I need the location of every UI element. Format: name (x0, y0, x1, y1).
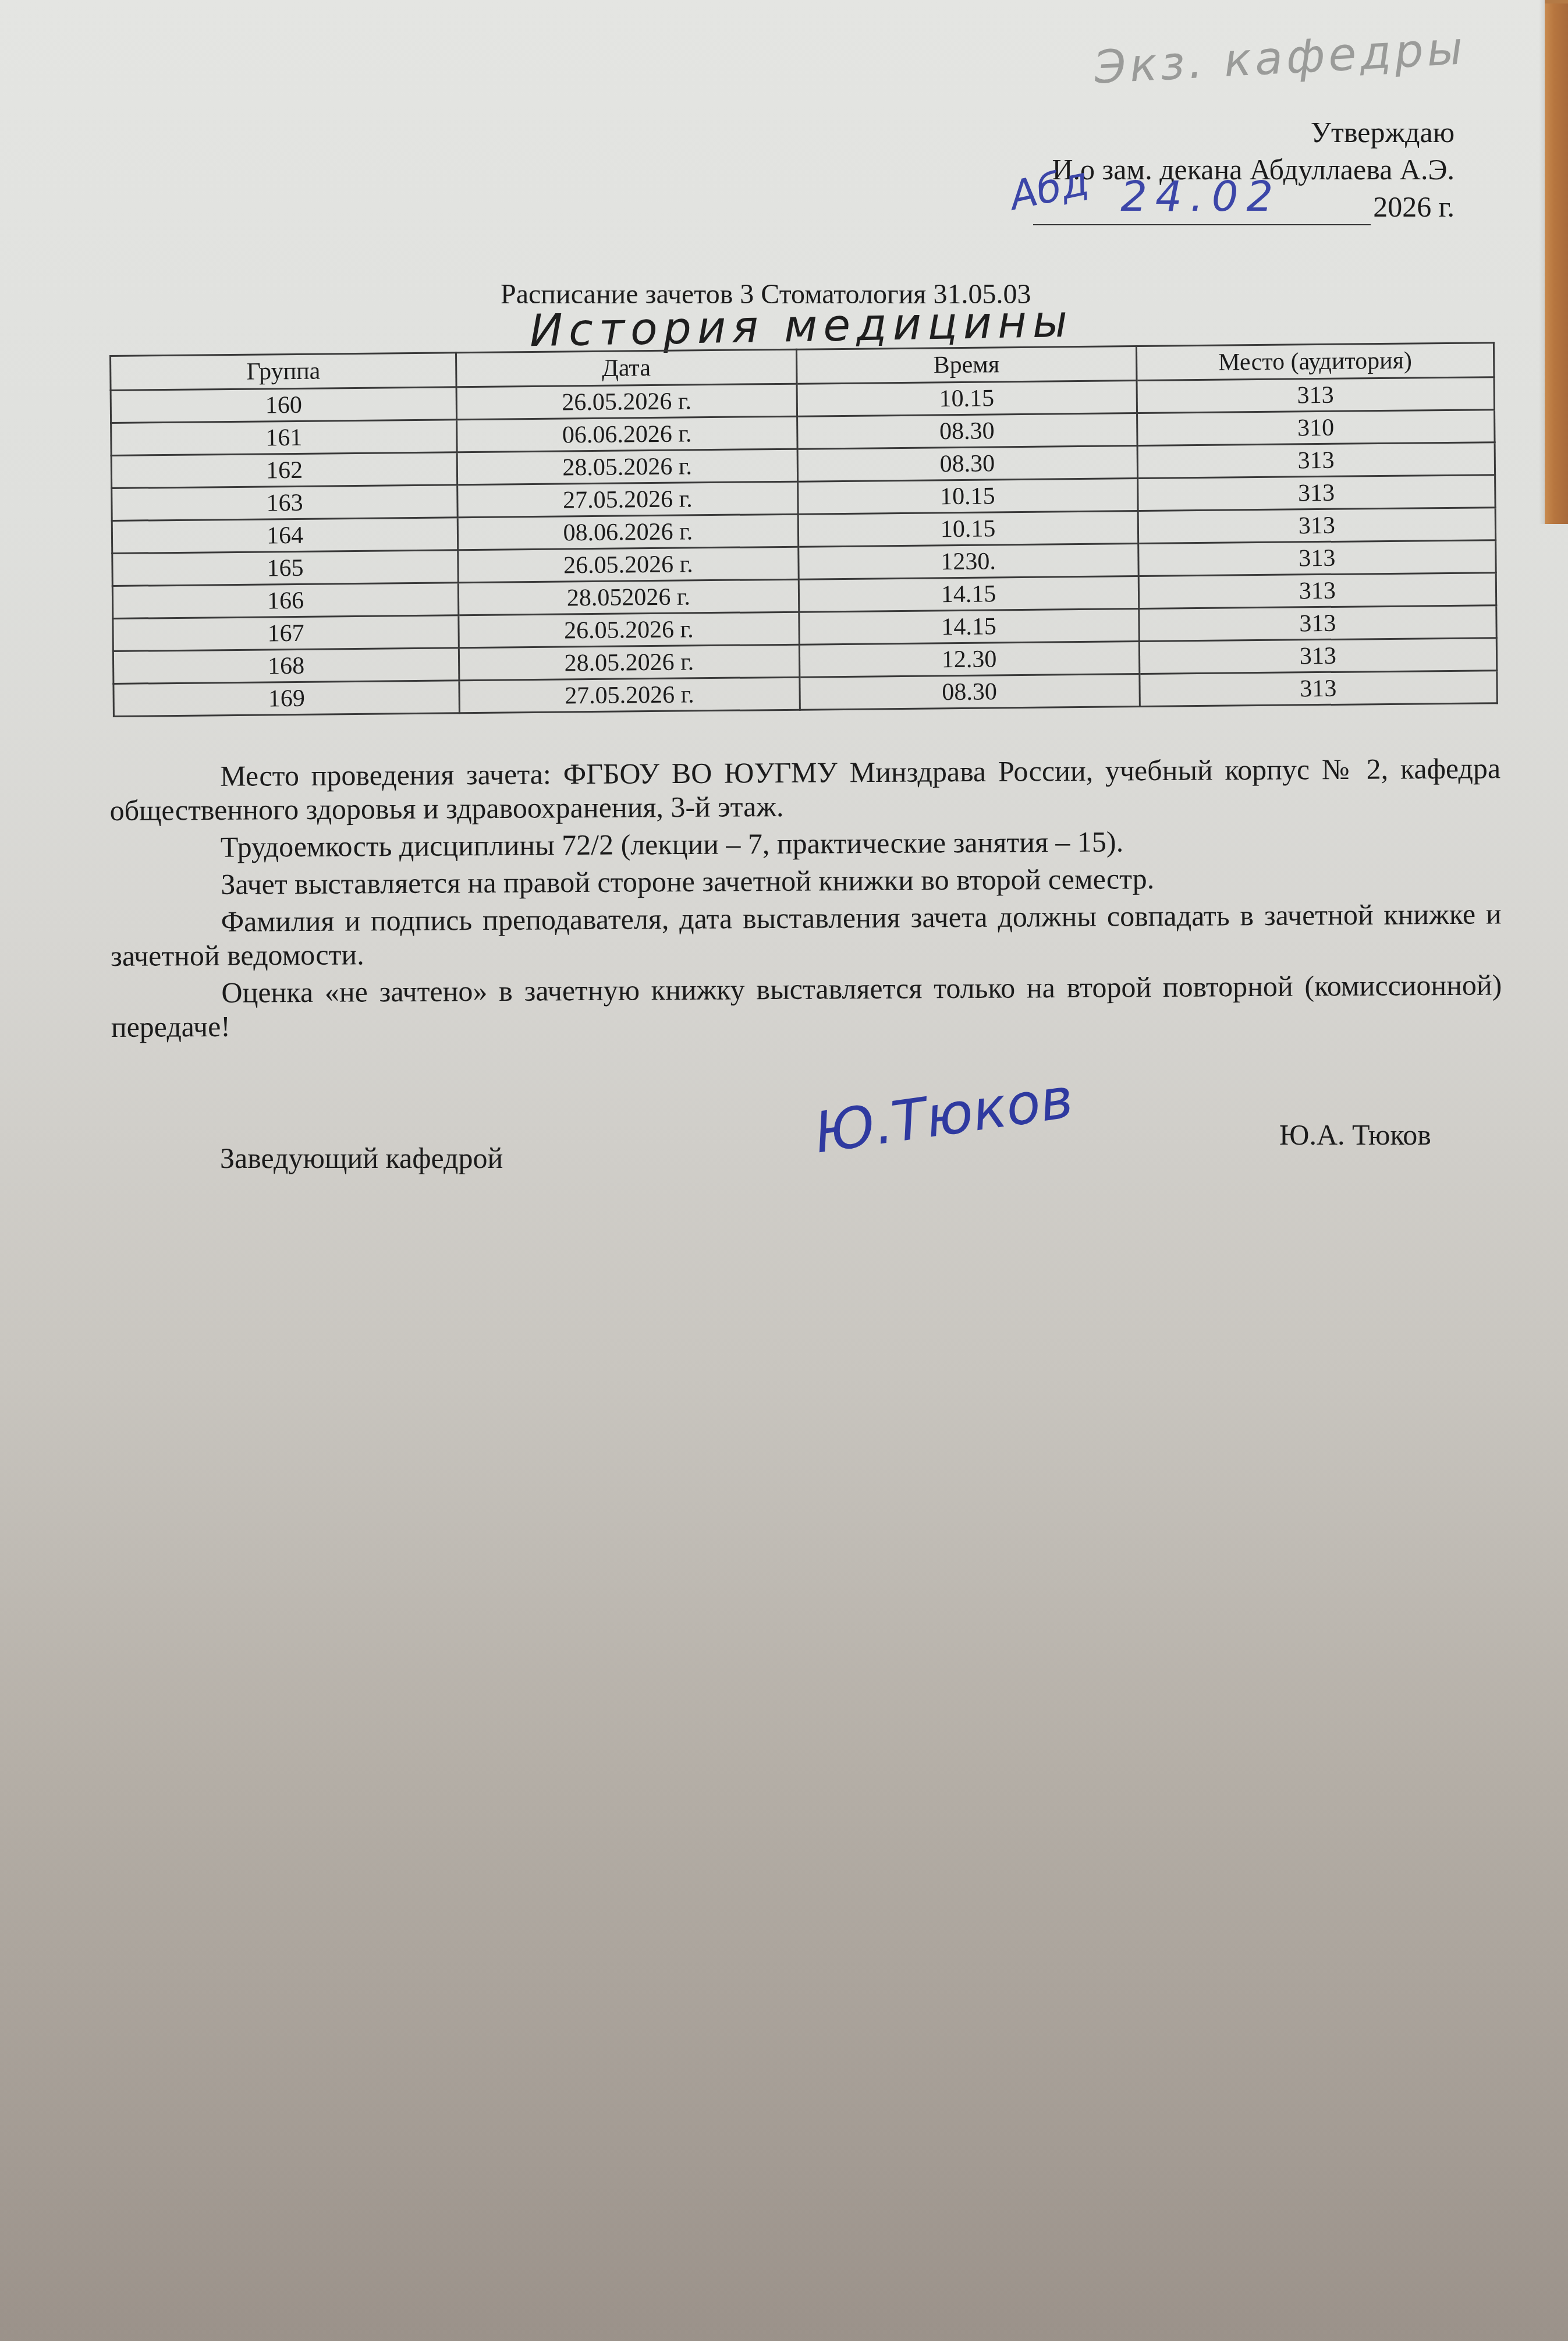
cell-time: 14.15 (799, 609, 1139, 645)
paper-edge-shadow (1539, 0, 1545, 524)
cell-group: 168 (113, 648, 459, 684)
cell-room: 313 (1138, 605, 1496, 642)
cell-date: 28.05.2026 г. (459, 644, 800, 681)
cell-time: 14.15 (799, 576, 1139, 612)
cell-date: 27.05.2026 г. (459, 677, 800, 713)
notes-section: Место проведения зачета: ФГБОУ ВО ЮУГМУ … (109, 751, 1502, 1047)
cell-date: 06.06.2026 г. (457, 416, 797, 452)
cell-time: 08.30 (797, 446, 1138, 482)
header-time: Время (796, 346, 1137, 384)
head-name: Ю.А. Тюков (1279, 1118, 1431, 1152)
cell-group: 162 (111, 452, 457, 488)
wooden-desk-edge (1545, 0, 1568, 524)
note-fail-grade: Оценка «не зачтено» в зачетную книжку вы… (111, 968, 1502, 1044)
approval-handwritten-date: 24.02 (1120, 178, 1281, 215)
schedule-table: Группа Дата Время Место (аудитория) 1602… (109, 342, 1498, 717)
cell-room: 313 (1137, 475, 1495, 511)
cell-room: 310 (1137, 410, 1495, 446)
cell-group: 169 (113, 681, 460, 717)
cell-group: 166 (112, 583, 459, 619)
cell-room: 313 (1137, 377, 1495, 413)
cell-group: 163 (112, 485, 458, 521)
cell-date: 28.052026 г. (458, 579, 799, 615)
approval-signature: Абд (1007, 163, 1092, 216)
footer-signature-block: Заведующий кафедрой Ю.Тюков Ю.А. Тюков (109, 1106, 1448, 1199)
cell-group: 161 (111, 420, 457, 456)
header-group: Группа (111, 353, 457, 391)
cell-room: 313 (1137, 442, 1495, 479)
header-date: Дата (456, 349, 797, 387)
approval-heading: Утверждаю (1033, 114, 1455, 151)
note-signature-match: Фамилия и подпись преподавателя, дата вы… (111, 897, 1502, 973)
approval-year: 2026 г. (1373, 188, 1455, 225)
cell-group: 167 (113, 615, 459, 651)
note-record-side: Зачет выставляется на правой стороне зач… (110, 859, 1501, 902)
cell-group: 165 (112, 550, 459, 586)
cell-date: 26.05.2026 г. (456, 384, 797, 420)
approval-date-field: Абд 24.02 (1033, 188, 1371, 225)
cell-group: 164 (112, 518, 458, 554)
pencil-note: Экз. кафедры (1093, 22, 1467, 94)
cell-room: 313 (1139, 638, 1497, 674)
cell-time: 08.30 (797, 413, 1137, 449)
cell-time: 10.15 (798, 511, 1138, 547)
note-location: Место проведения зачета: ФГБОУ ВО ЮУГМУ … (109, 751, 1501, 827)
cell-room: 313 (1138, 508, 1496, 544)
cell-time: 12.30 (799, 642, 1140, 678)
cell-time: 10.15 (797, 479, 1138, 515)
approval-date-line: Абд 24.02 2026 г. (1033, 188, 1455, 225)
approval-block: Утверждаю И.о зам. декана Абдуллаева А.Э… (1033, 114, 1455, 234)
header-room: Место (аудитория) (1136, 343, 1494, 381)
cell-room: 313 (1138, 540, 1496, 576)
cell-date: 26.05.2026 г. (458, 547, 799, 583)
cell-time: 10.15 (797, 381, 1137, 417)
cell-date: 08.06.2026 г. (457, 514, 798, 550)
cell-room: 313 (1138, 573, 1496, 609)
cell-time: 1230. (798, 544, 1138, 580)
cell-group: 160 (111, 387, 457, 423)
cell-date: 26.05.2026 г. (459, 612, 799, 648)
head-of-department-label: Заведующий кафедрой (220, 1141, 503, 1175)
cell-date: 27.05.2026 г. (457, 481, 798, 518)
note-workload: Трудоемкость дисциплины 72/2 (лекции – 7… (110, 822, 1501, 865)
head-signature: Ю.Тюков (810, 1065, 1077, 1166)
cell-time: 08.30 (799, 674, 1140, 710)
cell-room: 313 (1140, 671, 1498, 707)
cell-date: 28.05.2026 г. (457, 449, 797, 485)
